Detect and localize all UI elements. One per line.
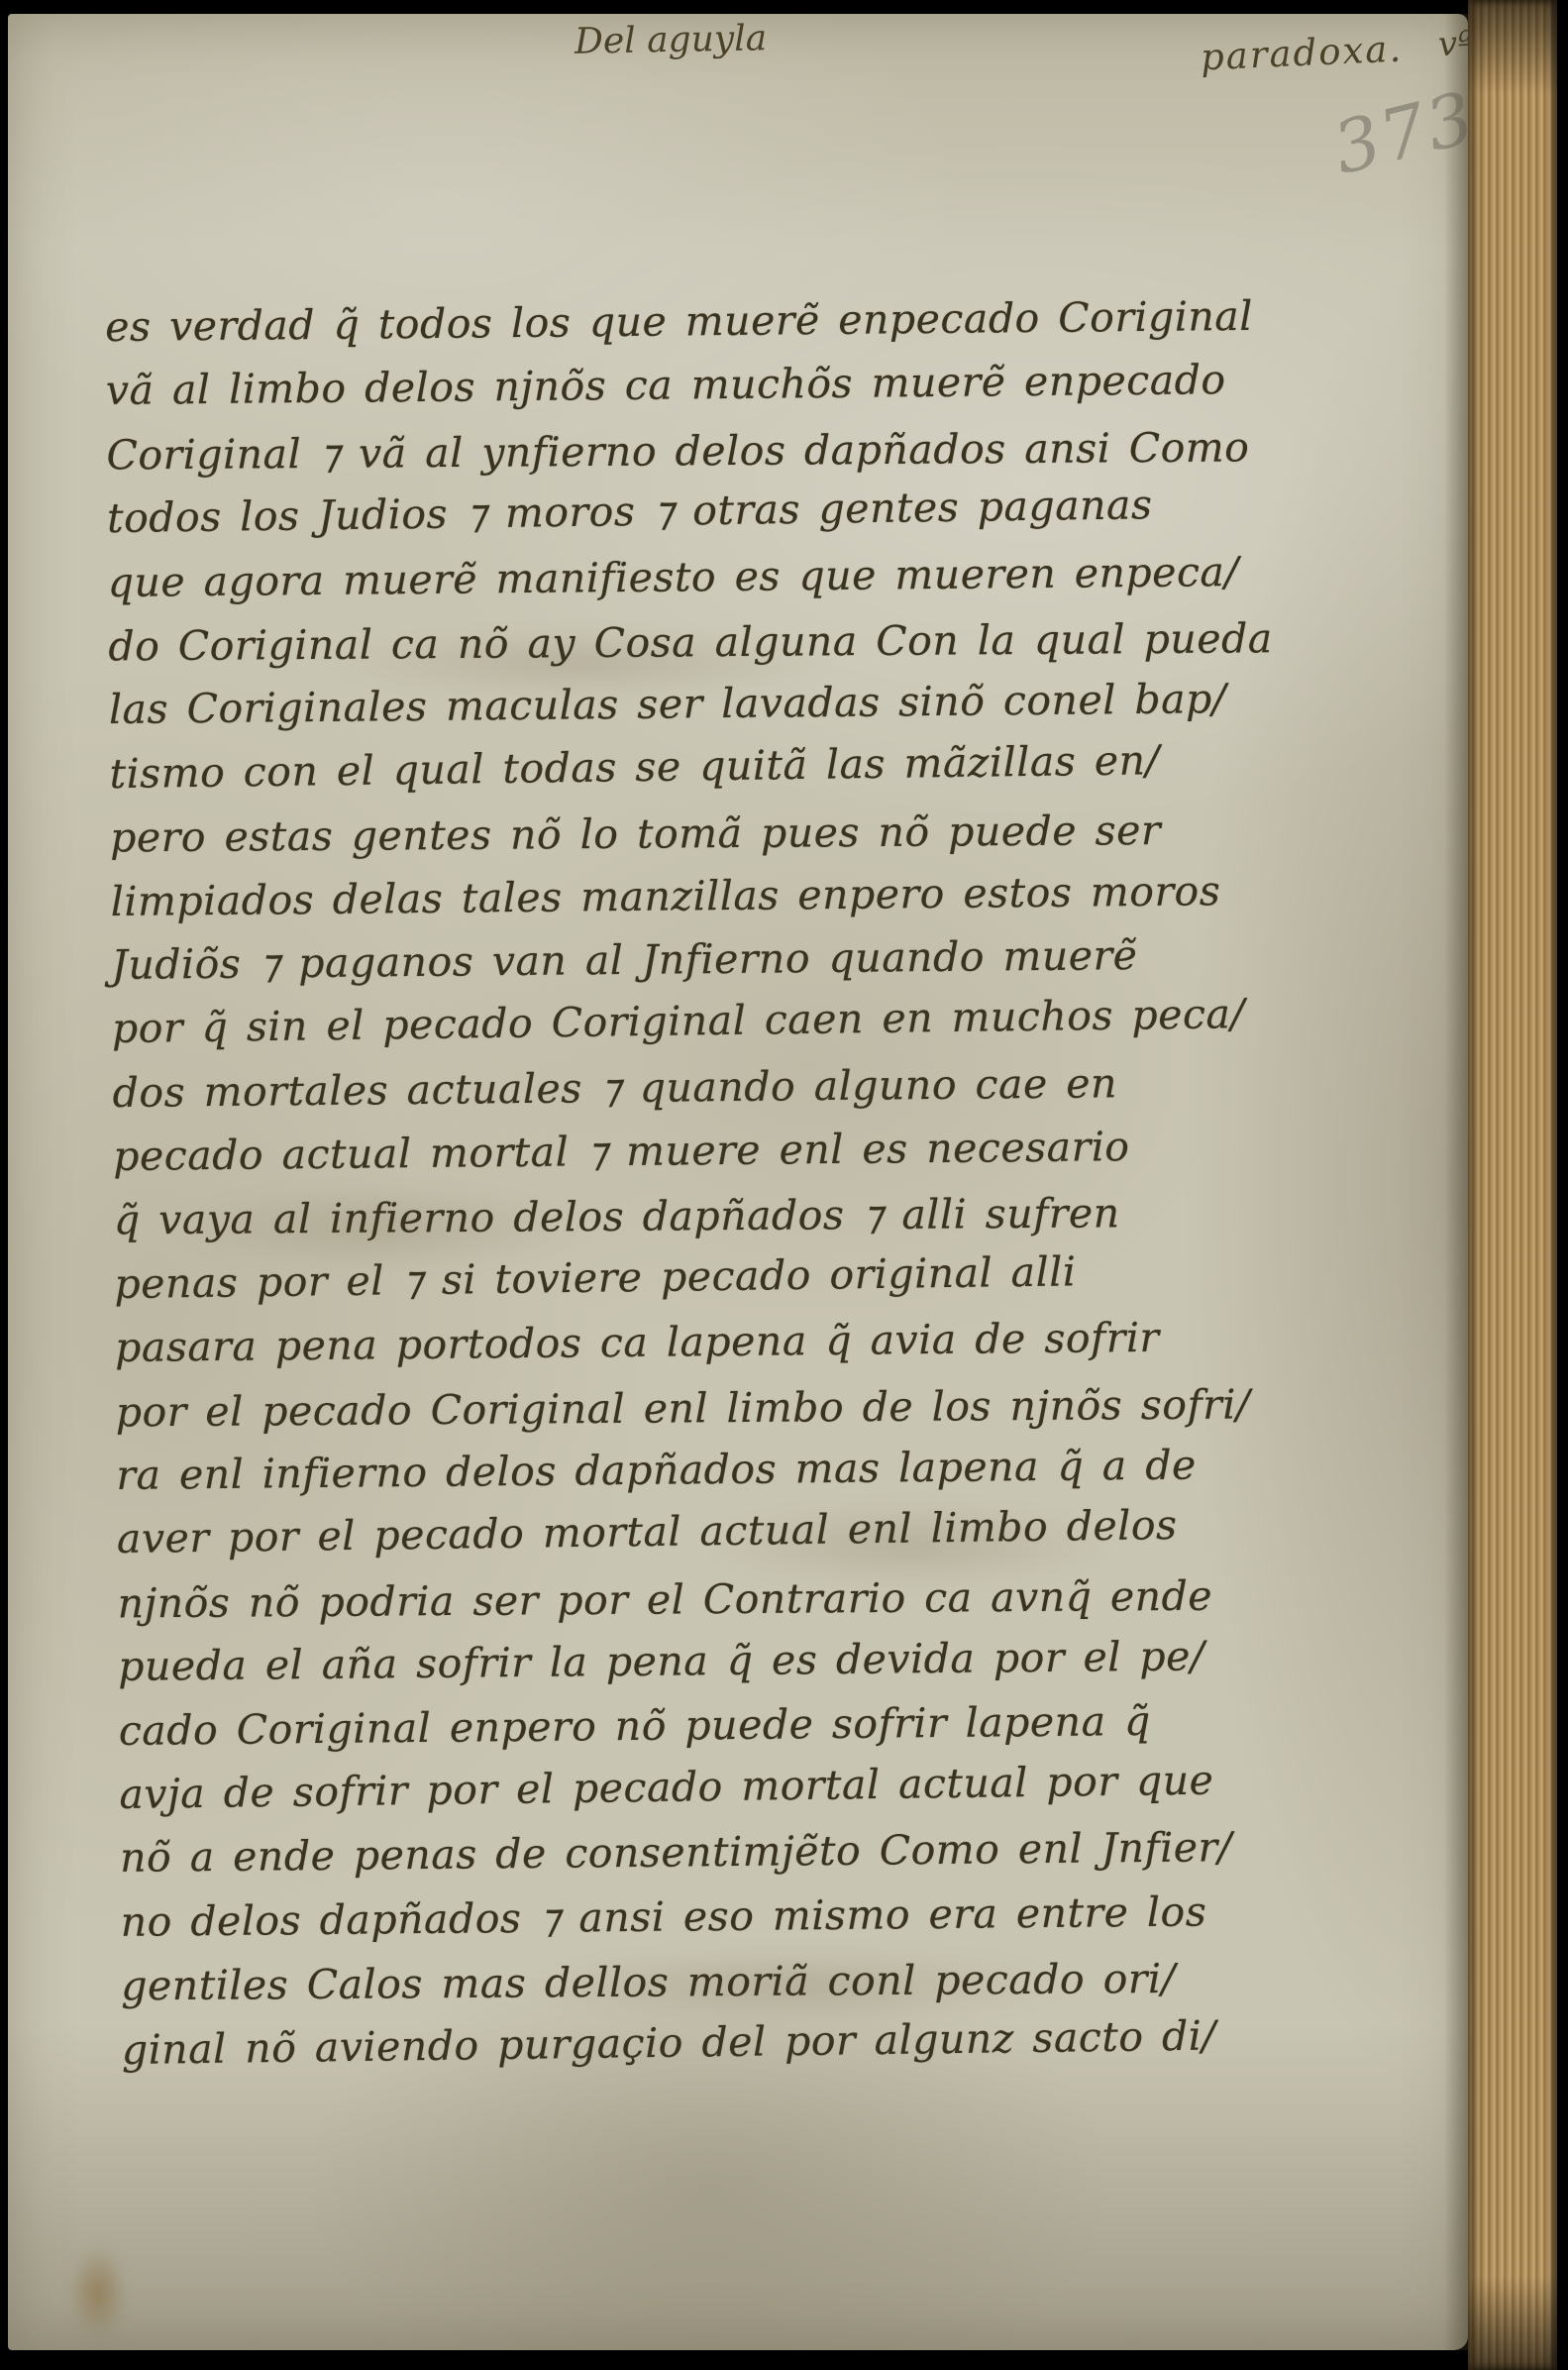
manuscript-line: es verdad q̃ todos los que muerẽ enpecad… (105, 291, 1295, 367)
manuscript-line: limpiados delas tales manzillas enpero e… (111, 866, 1301, 941)
manuscript-line: aver por el pecado mortal actual enl lim… (117, 1500, 1307, 1579)
manuscript-line: vã al limbo delos njnõs ca muchõs muerẽ … (106, 356, 1296, 431)
manuscript-line: pecado actual mortal ⁊ muere enl es nece… (113, 1122, 1303, 1197)
manuscript-line: por el pecado Coriginal enl limbo de los… (116, 1380, 1305, 1453)
running-title: Del aguyla (575, 18, 768, 61)
manuscript-line: que agora muerẽ manifiesto es que mueren… (107, 547, 1297, 622)
section-title: paradoxa. (1200, 28, 1404, 79)
manuscript-line: njnõs nõ podria ser por el Contrario ca … (117, 1571, 1306, 1644)
page-stain (69, 2245, 127, 2340)
manuscript-line: nõ a ende penas de consentimjẽto Como en… (120, 1823, 1309, 1898)
book-fore-edge (1468, 0, 1557, 2370)
pencil-folio-number: 373 (1325, 75, 1483, 190)
manuscript-text-block: es verdad q̃ todos los que muerẽ enpecad… (105, 291, 1310, 2089)
manuscript-page: Del aguyla paradoxa. vª. 373 es verdad q… (8, 14, 1468, 2350)
manuscript-line: pero estas gentes nõ lo tomã pues nõ pue… (110, 806, 1299, 878)
manuscript-line: do Coriginal ca nõ ay Cosa alguna Con la… (108, 614, 1297, 687)
manuscript-line: dos mortales actuales ⁊ quando alguno ca… (112, 1057, 1302, 1132)
manuscript-line: no delos dapñados ⁊ ansi eso mismo era e… (120, 1886, 1309, 1962)
manuscript-line: pasara pena portodos ca lapena q̃ avia d… (115, 1313, 1305, 1388)
manuscript-line: pueda el aña sofrir la pena q̃ es devida… (118, 1632, 1307, 1707)
